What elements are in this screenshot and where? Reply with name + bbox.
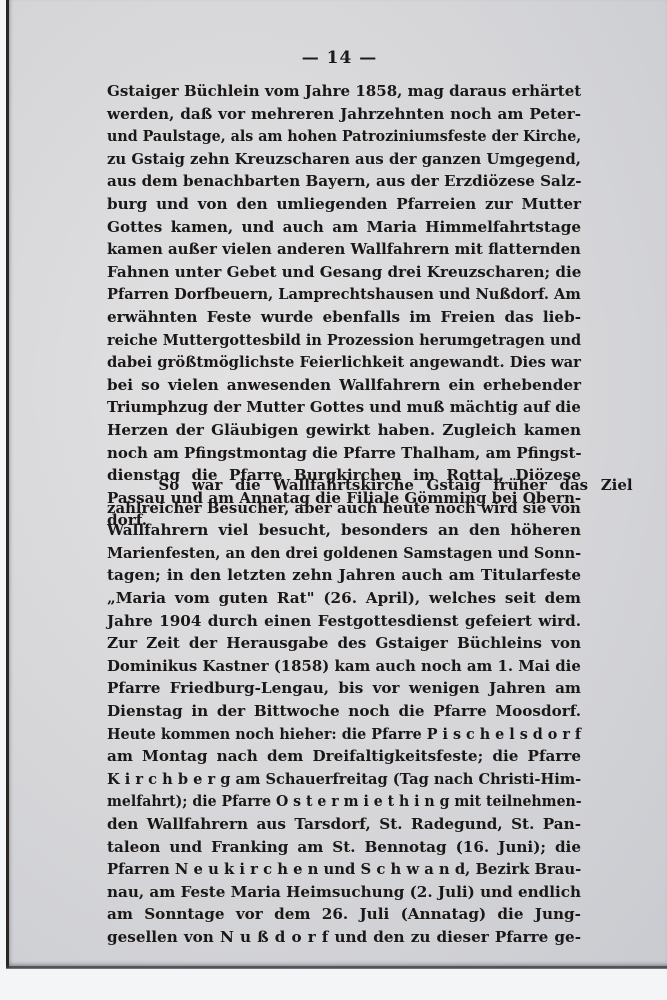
text-line: Pfarren Dorfbeuern, Lamprechtshausen und… — [107, 283, 581, 306]
text-line: Herzen der Gläubigen gewirkt haben. Zugl… — [107, 419, 581, 442]
paragraph-2: So war die Wallfahrtskirche Gstaig frühe… — [107, 474, 581, 948]
text-line: dabei größtmöglichste Feierlichkeit ange… — [107, 351, 581, 374]
text-line: reiche Muttergottesbild in Prozession he… — [107, 329, 581, 352]
text-line: Wallfahrern viel besucht, besonders an d… — [107, 519, 581, 542]
text-line: erwähnten Feste wurde ebenfalls im Freie… — [107, 306, 581, 329]
text-line: tagen; in den letzten zehn Jahren auch a… — [107, 564, 581, 587]
text-line: Gottes kamen, und auch am Maria Himmelfa… — [107, 216, 581, 239]
text-line: Jahre 1904 durch einen Festgottesdienst … — [107, 610, 581, 633]
text-line: kamen außer vielen anderen Wallfahrern m… — [107, 238, 581, 261]
paragraph-1: Gstaiger Büchlein vom Jahre 1858, mag da… — [107, 80, 581, 532]
text-line: Dominikus Kastner (1858) kam auch noch a… — [107, 655, 581, 678]
book-page: — 14 — Gstaiger Büchlein vom Jahre 1858,… — [6, 0, 667, 968]
text-line: Marienfesten, an den drei goldenen Samst… — [107, 542, 581, 565]
text-line: am Sonntage vor dem 26. Juli (Annatag) d… — [107, 903, 581, 926]
text-line: taleon und Franking am St. Bennotag (16.… — [107, 836, 581, 859]
text-line: bei so vielen anwesenden Wallfahrern ein… — [107, 374, 581, 397]
text-line: und Paulstage, als am hohen Patroziniums… — [107, 125, 581, 148]
text-line: aus dem benachbarten Bayern, aus der Erz… — [107, 170, 581, 193]
text-line: melfahrt); die Pfarre O s t e r m i e t … — [107, 790, 581, 813]
text-line: Fahnen unter Gebet und Gesang drei Kreuz… — [107, 261, 581, 284]
text-line: Dienstag in der Bittwoche noch die Pfarr… — [107, 700, 581, 723]
text-line: den Wallfahrern aus Tarsdorf, St. Radegu… — [107, 813, 581, 836]
text-line: zu Gstaig zehn Kreuzscharen aus der ganz… — [107, 148, 581, 171]
text-line: Pfarre Friedburg-Lengau, bis vor wenigen… — [107, 677, 581, 700]
text-line: zahlreicher Besucher, aber auch heute no… — [107, 497, 581, 520]
text-line: Zur Zeit der Herausgabe des Gstaiger Büc… — [107, 632, 581, 655]
text-line: nau, am Feste Maria Heimsuchung (2. Juli… — [107, 881, 581, 904]
page-edge — [6, 966, 667, 969]
text-line: werden, daß vor mehreren Jahrzehnten noc… — [107, 103, 581, 126]
text-line: Pfarren N e u k i r c h e n und S c h w … — [107, 858, 581, 881]
text-line: K i r c h b e r g am Schauerfreitag (Tag… — [107, 768, 581, 791]
text-line: „Maria vom guten Rat" (26. April), welch… — [107, 587, 581, 610]
page-number: — 14 — — [9, 48, 667, 68]
text-line: noch am Pfingstmontag die Pfarre Thalham… — [107, 442, 581, 465]
text-line: gesellen von N u ß d o r f und den zu di… — [107, 926, 581, 949]
text-line: Triumphzug der Mutter Gottes und muß mäc… — [107, 396, 581, 419]
text-line: Heute kommen noch hieher: die Pfarre P i… — [107, 723, 581, 746]
text-line: So war die Wallfahrtskirche Gstaig frühe… — [107, 474, 633, 497]
text-line: burg und von den umliegenden Pfarreien z… — [107, 193, 581, 216]
text-line: am Montag nach dem Dreifaltigkeitsfeste;… — [107, 745, 581, 768]
text-line: Gstaiger Büchlein vom Jahre 1858, mag da… — [107, 80, 581, 103]
